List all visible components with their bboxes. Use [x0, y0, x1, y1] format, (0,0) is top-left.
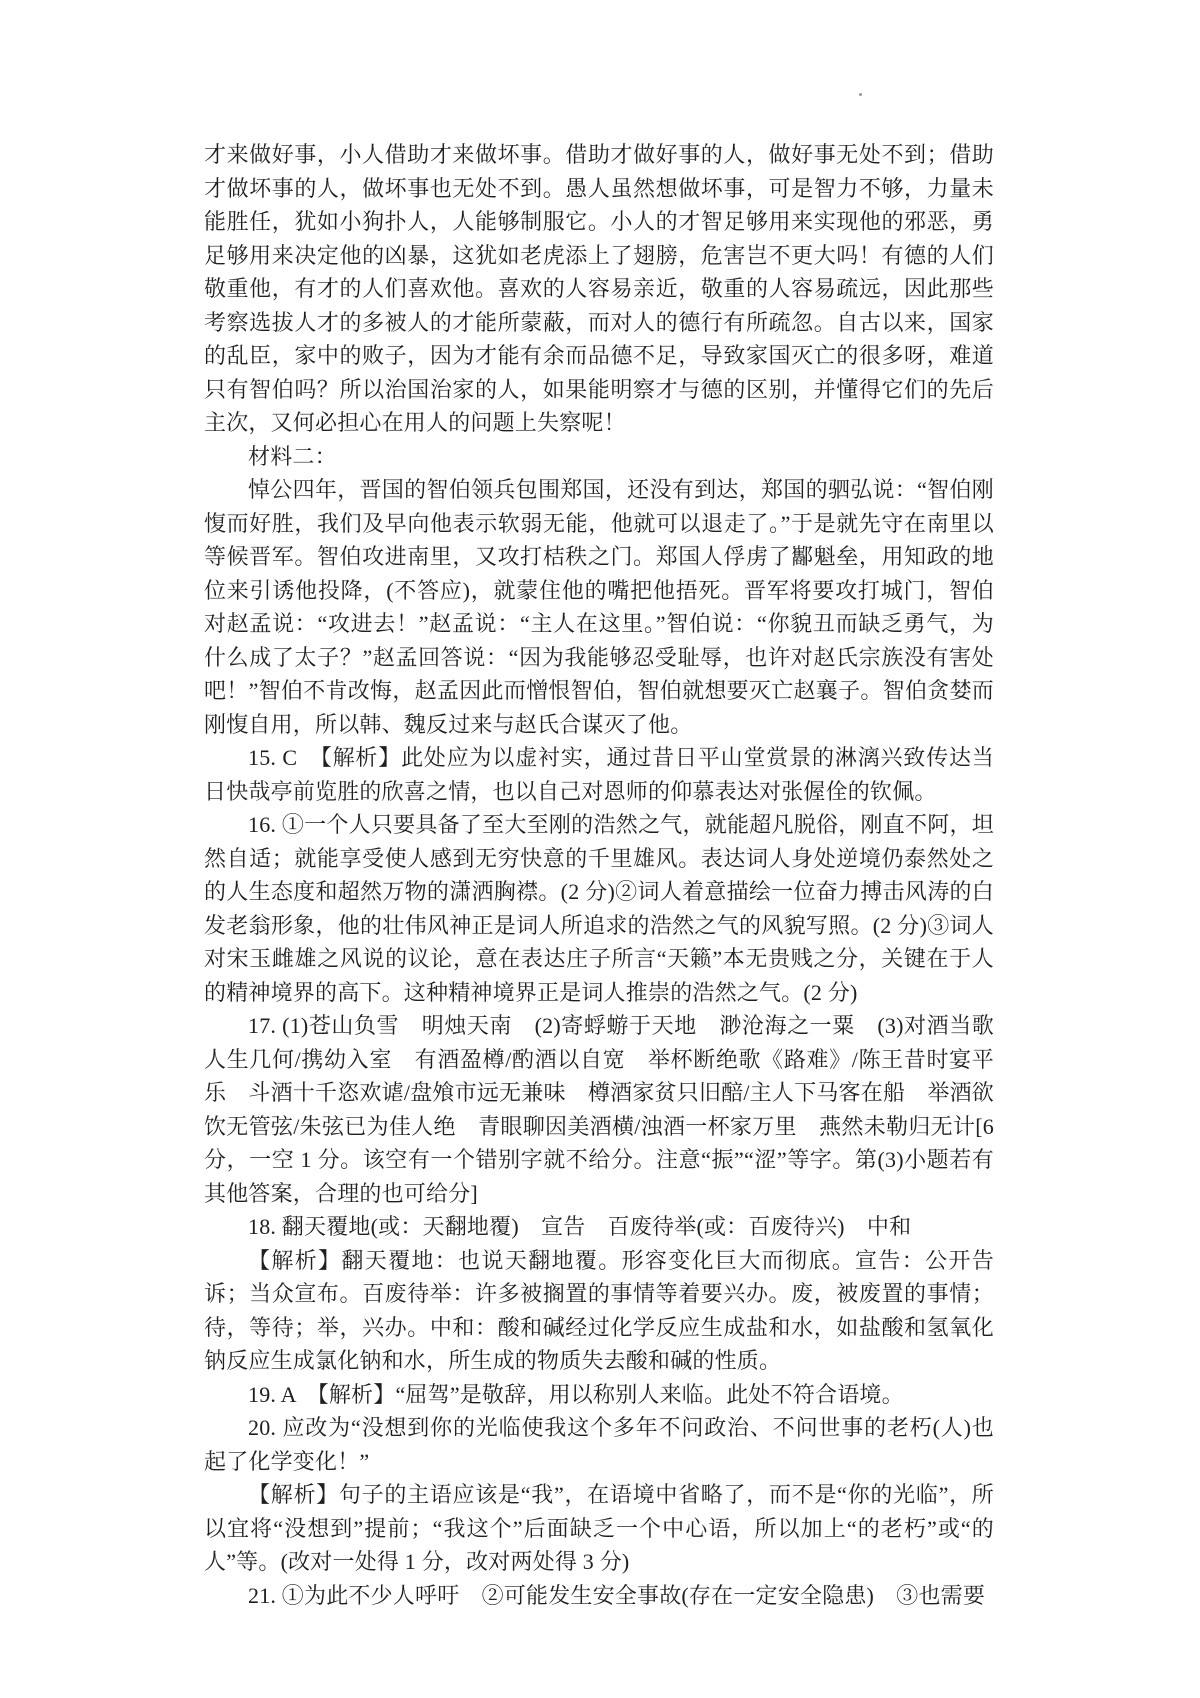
translation-material-1-continuation: 才来做好事，小人借助才来做坏事。借助才做好事的人，做好事无处不到；借助才做坏事的… [204, 138, 994, 440]
answer-key-page: 才来做好事，小人借助才来做坏事。借助才做好事的人，做好事无处不到；借助才做坏事的… [0, 0, 1200, 1698]
answer-18: 18. 翻天覆地(或：天翻地覆) 宣告 百废待举(或：百废待兴) 中和 [204, 1210, 994, 1244]
answer-19: 19. A 【解析】“屈驾”是敬辞，用以称别人来临。此处不符合语境。 [204, 1378, 994, 1412]
answer-16: 16. ①一个人只要具备了至大至刚的浩然之气，就能超凡脱俗，刚直不阿，坦然自适；… [204, 808, 994, 1009]
answer-18-analysis: 【解析】翻天覆地：也说天翻地覆。形容变化巨大而彻底。宣告：公开告诉；当众宣布。百… [204, 1244, 994, 1378]
text-block: 才来做好事，小人借助才来做坏事。借助才做好事的人，做好事无处不到；借助才做坏事的… [204, 138, 994, 1612]
stray-dot [859, 93, 862, 96]
answer-20-analysis: 【解析】句子的主语应该是“我”，在语境中省略了，而不是“你的光临”，所以宜将“没… [204, 1478, 994, 1579]
translation-material-2: 悼公四年，晋国的智伯领兵包围郑国，还没有到达，郑国的驷弘说：“智伯刚愎而好胜，我… [204, 473, 994, 741]
answer-21: 21. ①为此不少人呼吁 ②可能发生安全事故(存在一定安全隐患) ③也需要 [204, 1579, 994, 1613]
answer-17: 17. (1)苍山负雪 明烛天南 (2)寄蜉蝣于天地 渺沧海之一粟 (3)对酒当… [204, 1009, 994, 1210]
material-2-heading: 材料二： [204, 440, 994, 474]
answer-15: 15. C 【解析】此处应为以虚衬实，通过昔日平山堂赏景的淋漓兴致传达当日快哉亭… [204, 741, 994, 808]
answer-20: 20. 应改为“没想到你的光临使我这个多年不问政治、不问世事的老朽(人)也起了化… [204, 1411, 994, 1478]
